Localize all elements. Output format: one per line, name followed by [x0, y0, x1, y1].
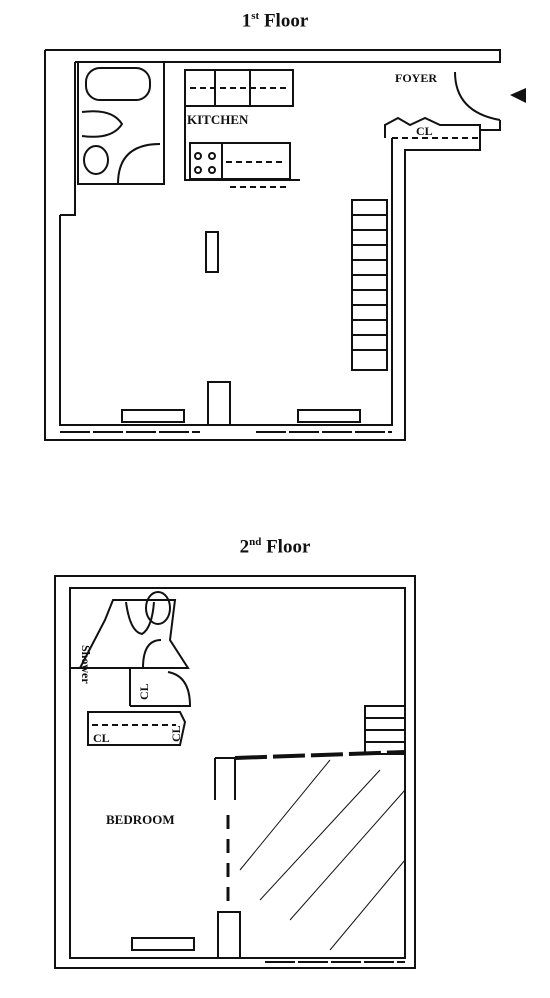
kitchen-label: KITCHEN: [187, 112, 249, 127]
shower-label: Shower: [79, 645, 93, 684]
open-to-below-hatch: [240, 760, 405, 950]
bathroom-1f: [78, 62, 164, 184]
closet-1f-label: CL: [416, 124, 433, 138]
first-floor-plan: [45, 50, 500, 440]
stair-1f: [352, 200, 387, 370]
bathroom-2f: [80, 592, 188, 668]
bedroom-label: BEDROOM: [106, 812, 175, 827]
kitchen-1f: [185, 70, 300, 187]
floor-plan-drawing: KITCHEN FOYER CL Shower CL CL CL BEDROOM: [0, 0, 550, 998]
entry-arrow-icon: [510, 88, 526, 103]
closet-b-label: CL: [169, 725, 183, 742]
foyer-label: FOYER: [395, 71, 437, 85]
closet-a-label: CL: [137, 683, 151, 700]
second-floor-plan: [55, 576, 415, 968]
closet-c-label: CL: [93, 731, 110, 745]
